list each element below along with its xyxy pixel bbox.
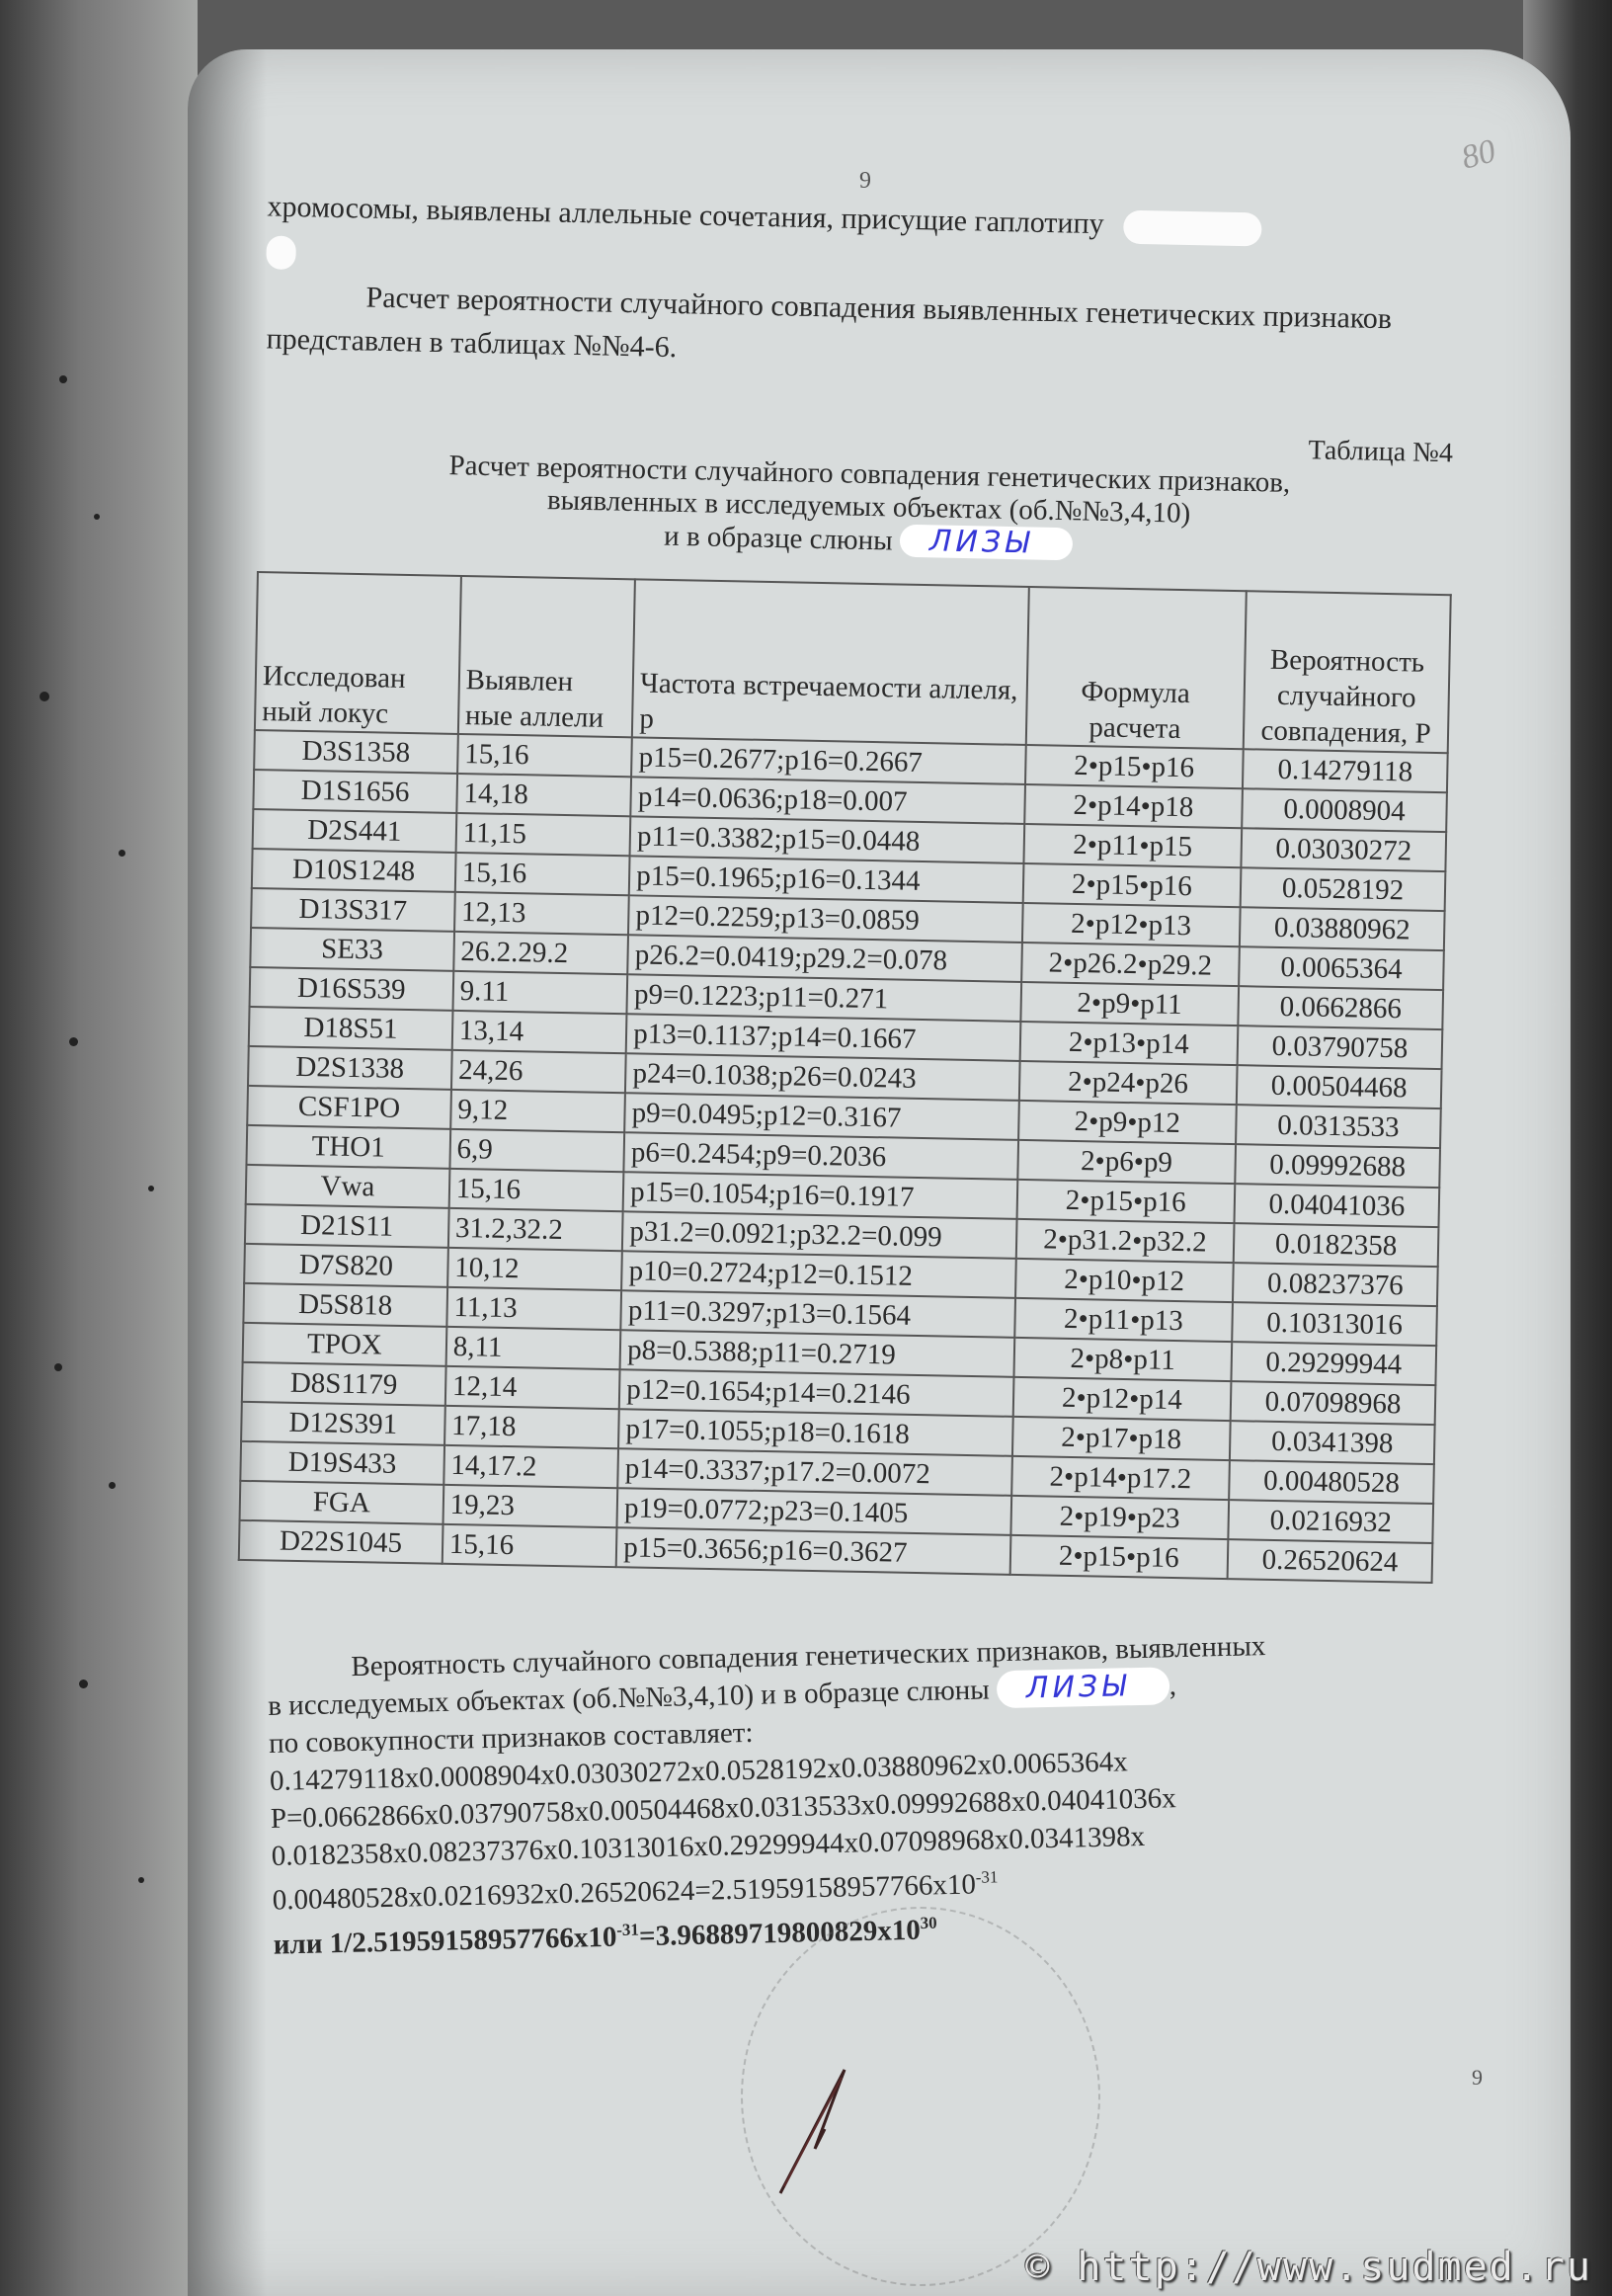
probability-cell: 0.04041036 (1235, 1184, 1440, 1227)
locus-cell: D22S1045 (239, 1520, 443, 1564)
alleles-cell: 6,9 (449, 1129, 624, 1172)
probability-cell: 0.0528192 (1241, 867, 1446, 911)
locus-cell: Vwa (246, 1165, 450, 1208)
alleles-cell: 10,12 (447, 1248, 622, 1290)
formula-cell: 2•p15•p16 (1022, 863, 1241, 907)
document-page: 9 80 хромосомы, выявлены аллельные сочет… (188, 49, 1571, 2296)
formula-cell: 2•p19•p23 (1010, 1496, 1229, 1539)
alleles-cell: 13,14 (452, 1011, 627, 1053)
column-header: Вероятность случайного совпадения, Р (1244, 591, 1451, 753)
alleles-cell: 9,12 (450, 1090, 625, 1132)
handwritten-name: ЛИЗЫ (900, 525, 1073, 561)
column-header: Исследован ный локус (255, 572, 461, 734)
probability-cell: 0.09992688 (1235, 1144, 1440, 1188)
formula-cell: 2•p11•p15 (1023, 824, 1242, 867)
alleles-cell: 11,15 (455, 813, 630, 856)
probability-cell: 0.03030272 (1241, 828, 1446, 871)
alleles-cell: 9.11 (452, 971, 627, 1014)
locus-cell: D10S1248 (252, 849, 456, 892)
formula-cell: 2•p15•p16 (1025, 745, 1244, 788)
column-header: Формула расчета (1025, 587, 1247, 749)
formula-cell: 2•p31.2•p32.2 (1015, 1219, 1234, 1263)
locus-cell: D8S1179 (242, 1362, 446, 1406)
formula-cell: 2•p14•p17.2 (1011, 1456, 1230, 1500)
alleles-cell: 15,16 (443, 1524, 617, 1567)
probability-cell: 0.00480528 (1229, 1460, 1434, 1504)
probability-cell: 0.26520624 (1228, 1539, 1433, 1583)
probability-cell: 0.0216932 (1228, 1500, 1433, 1543)
formula-cell: 2•p15•p16 (1009, 1535, 1228, 1579)
locus-cell: CSF1PO (247, 1086, 451, 1129)
locus-cell: D3S1358 (254, 730, 458, 774)
locus-cell: D13S317 (251, 888, 455, 932)
alleles-cell: 31.2,32.2 (448, 1208, 623, 1251)
locus-cell: D2S1338 (248, 1046, 452, 1090)
locus-cell: D18S51 (249, 1007, 453, 1050)
alleles-cell: 14,18 (456, 774, 631, 816)
alleles-cell: 24,26 (451, 1050, 626, 1093)
probability-cell: 0.0008904 (1242, 788, 1447, 832)
locus-cell: D2S441 (253, 809, 457, 853)
probability-table: Исследован ный локусВыявлен ные аллелиЧа… (238, 571, 1452, 1584)
table-number: Таблица №4 (1308, 434, 1453, 469)
probability-cell: 0.0341398 (1230, 1421, 1435, 1464)
formula-cell: 2•p12•p13 (1022, 903, 1241, 946)
locus-cell: D19S433 (240, 1441, 444, 1485)
probability-cell: 0.0662866 (1238, 986, 1443, 1029)
alleles-cell: 26.2.29.2 (453, 932, 628, 974)
formula-cell: 2•p9•p11 (1020, 982, 1239, 1025)
formula-cell: 2•p12•p14 (1012, 1377, 1231, 1421)
formula-cell: 2•p10•p12 (1015, 1259, 1234, 1302)
probability-cell: 0.03880962 (1240, 907, 1445, 950)
locus-cell: THO1 (246, 1125, 450, 1169)
redaction-mark (1123, 210, 1262, 247)
column-header: Выявлен ные аллели (458, 576, 635, 737)
alleles-cell: 15,16 (455, 853, 630, 895)
watermark: © http://www.sudmed.ru (1025, 2245, 1592, 2290)
alleles-cell: 14,17.2 (443, 1445, 618, 1488)
probability-cell: 0.14279118 (1243, 749, 1448, 792)
page-number-top: 9 (859, 168, 871, 195)
locus-cell: SE33 (250, 928, 454, 971)
probability-cell: 0.03790758 (1238, 1025, 1443, 1069)
alleles-cell: 17,18 (444, 1406, 619, 1448)
locus-cell: D7S820 (244, 1244, 448, 1287)
handwritten-sheet-number: 80 (1458, 132, 1500, 178)
alleles-cell: 12,13 (454, 892, 629, 935)
table-header-row: Исследован ный локусВыявлен ные аллелиЧа… (255, 572, 1451, 753)
formula-cell: 2•p15•p16 (1016, 1180, 1235, 1223)
formula-cell: 2•p9•p12 (1018, 1101, 1237, 1144)
locus-cell: FGA (240, 1481, 444, 1524)
formula-cell: 2•p24•p26 (1018, 1061, 1237, 1105)
locus-cell: D16S539 (250, 967, 454, 1011)
signature (770, 2060, 899, 2198)
probability-cell: 0.07098968 (1231, 1381, 1436, 1425)
probability-cell: 0.29299944 (1232, 1342, 1437, 1385)
probability-cell: 0.0065364 (1239, 946, 1444, 990)
formula-cell: 2•p13•p14 (1019, 1022, 1238, 1065)
probability-cell: 0.10313016 (1232, 1302, 1437, 1346)
alleles-cell: 15,16 (448, 1169, 623, 1211)
locus-cell: D1S1656 (253, 770, 457, 813)
alleles-cell: 11,13 (446, 1287, 621, 1330)
locus-cell: D5S818 (243, 1283, 447, 1327)
probability-cell: 0.0182358 (1234, 1223, 1439, 1267)
formula-cell: 2•p17•p18 (1012, 1417, 1231, 1460)
alleles-cell: 8,11 (445, 1327, 620, 1369)
locus-cell: D21S11 (245, 1204, 449, 1248)
alleles-cell: 15,16 (457, 734, 632, 777)
probability-cell: 0.0313533 (1236, 1105, 1441, 1148)
formula-cell: 2•p11•p13 (1014, 1298, 1233, 1342)
redaction-mark (266, 236, 296, 271)
page-number-bottom: 9 (1472, 2065, 1483, 2091)
handwritten-name: ЛИЗЫ (997, 1667, 1170, 1708)
formula-cell: 2•p6•p9 (1017, 1140, 1236, 1184)
column-header: Частота встречаемости аллеля, р (632, 579, 1028, 745)
locus-cell: TPOX (243, 1323, 447, 1366)
alleles-cell: 12,14 (445, 1366, 620, 1409)
alleles-cell: 19,23 (443, 1485, 617, 1527)
table-caption: Таблица №4 Расчет вероятности случайного… (285, 413, 1454, 570)
probability-cell: 0.00504468 (1237, 1065, 1442, 1108)
formula-cell: 2•p14•p18 (1024, 784, 1243, 828)
formula-cell: 2•p8•p11 (1013, 1338, 1232, 1381)
formula-cell: 2•p26.2•p29.2 (1021, 943, 1240, 986)
probability-cell: 0.08237376 (1233, 1263, 1438, 1306)
locus-cell: D12S391 (241, 1402, 445, 1445)
scan-edge-left (0, 0, 198, 2296)
frequency-cell: p15=0.3656;p16=0.3627 (616, 1527, 1010, 1575)
